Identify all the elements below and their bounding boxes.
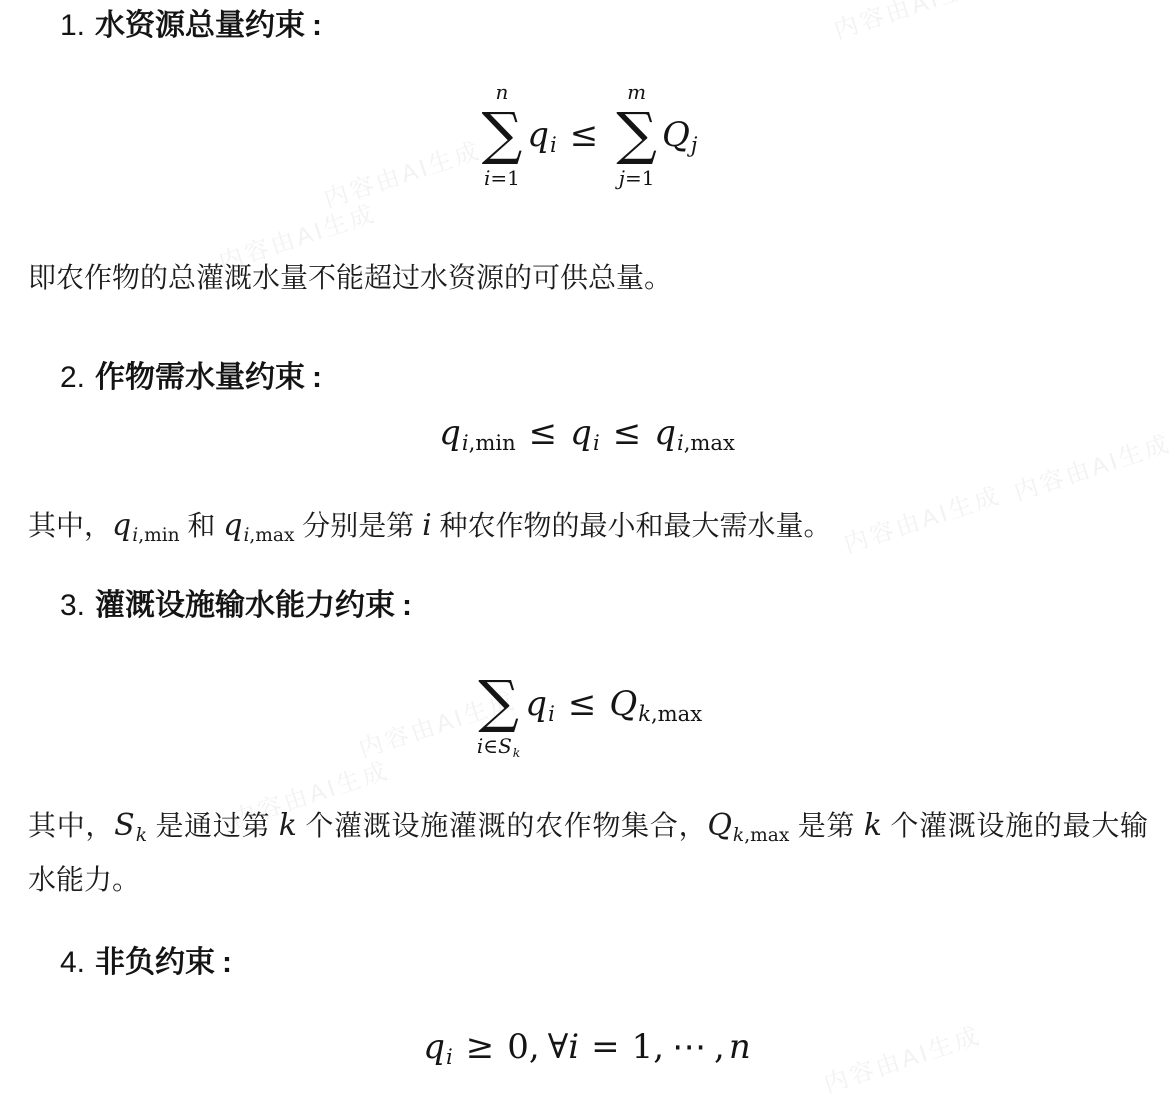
var-sub: j [691, 132, 698, 157]
text-run: 其中， [28, 810, 114, 841]
section-heading-4: 4.非负约束: [60, 945, 232, 981]
var-sub: i,max [677, 430, 735, 455]
text-run: 分别是第 [295, 510, 423, 541]
section-title: 灌溉设施输水能力约束 [95, 589, 395, 622]
sigma-symbol: ∑ [478, 675, 519, 729]
text-run: 种农作物的最小和最大需水量。 [432, 510, 832, 541]
sub-var: k [733, 825, 744, 846]
section-colon: : [402, 589, 412, 622]
var-base: q [525, 684, 547, 724]
variable-qi: qi [527, 115, 557, 156]
section-number: 3. [60, 589, 85, 622]
var-base: Q [609, 684, 637, 724]
var-base: q [439, 413, 461, 453]
var-sub: k,max [733, 825, 789, 846]
inline-math-Qk-max: Qk,max [707, 808, 789, 843]
sub-text: ,max [684, 430, 735, 455]
section-heading-2: 2.作物需水量约束: [60, 360, 322, 396]
var-sub: k [136, 825, 147, 846]
sub-text: ,max [744, 825, 789, 846]
leq-symbol: ≤ [613, 413, 642, 453]
var-sub: i,max [243, 525, 294, 546]
sum-lower-limit: i∈Sk [477, 735, 520, 759]
variable-qi: qi [570, 413, 600, 454]
var-sub: i [550, 132, 557, 157]
section-title: 非负约束 [95, 946, 215, 979]
formula-nonnegativity: qi ≥ 0, ∀ i = 1, ⋯ , n [0, 1022, 1174, 1072]
var-sub: k,max [638, 701, 702, 726]
index-eq: =1 [490, 166, 519, 190]
var-sub: i,min [132, 525, 179, 546]
sum-lower-limit: i=1 [484, 167, 520, 189]
sub-text: ,max [651, 701, 702, 726]
text-run: 是通过第 [147, 810, 279, 841]
sub-var: i [677, 430, 684, 455]
section-number: 2. [60, 361, 85, 394]
set-var: S [498, 734, 512, 758]
section-title: 作物需水量约束 [95, 361, 305, 394]
section-title: 水资源总量约束 [95, 9, 305, 42]
set-sub: k [513, 745, 521, 760]
sum-upper-limit: m [627, 81, 646, 103]
section-heading-1: 1.水资源总量约束: [60, 8, 322, 44]
sub-text: ,min [469, 430, 516, 455]
variable-Qk-max: Qk,max [609, 684, 702, 725]
sum-upper-limit: n [495, 81, 508, 103]
inline-math-qi-min: qi,min [112, 508, 180, 543]
geq-symbol: ≥ [466, 1027, 495, 1067]
var-sub: i [446, 1044, 453, 1069]
var-base: q [654, 413, 676, 453]
leq-symbol: ≤ [570, 115, 599, 155]
variable-Qj: Qj [662, 115, 697, 156]
leq-symbol: ≤ [529, 413, 558, 453]
section-heading-3: 3.灌溉设施输水能力约束: [60, 588, 412, 624]
comma: , [714, 1027, 725, 1067]
summation-operator: ∑ i∈Sk [477, 649, 520, 760]
inline-math-i: i [422, 508, 432, 543]
summation-operator: n ∑ i=1 [482, 81, 523, 189]
formula-crop-water-demand: qi,min ≤ qi ≤ qi,max [0, 406, 1174, 460]
sum-lower-limit: j=1 [619, 167, 655, 189]
var-base: Q [662, 115, 690, 155]
inline-math-Sk: Sk [114, 808, 147, 843]
section-colon: : [312, 361, 322, 394]
text-run: 其中， [28, 510, 112, 541]
section-colon: : [312, 9, 322, 42]
forall-symbol: ∀ [548, 1027, 569, 1067]
document: 内容由AI生成 内容由AI生成 内容由AI生成 内容由AI生成 内容由AI生成 … [0, 0, 1174, 1094]
var-base: q [423, 1027, 445, 1067]
text-run: 是第 [789, 810, 863, 841]
sub-text: ,min [138, 525, 179, 546]
var-base: q [570, 413, 592, 453]
zero-comma: 0, [507, 1027, 539, 1067]
variable-n: n [729, 1027, 751, 1067]
paragraph-total-water-note: 即农作物的总灌溉水量不能超过水资源的可供总量。 [28, 256, 1148, 301]
var-sub: i [548, 701, 555, 726]
var-base: q [527, 115, 549, 155]
section-number: 1. [60, 9, 85, 42]
equals-symbol: = [591, 1027, 620, 1067]
summation-operator: m ∑ j=1 [616, 81, 657, 189]
formula-total-water-constraint: n ∑ i=1 qi ≤ m ∑ j=1 Qj [0, 74, 1174, 196]
var-base: q [112, 508, 131, 543]
sub-var: k [638, 701, 651, 726]
inline-math-qi-max: qi,max [223, 508, 294, 543]
variable-i: i [568, 1027, 579, 1067]
sub-text: ,max [249, 525, 294, 546]
watermark-text: 内容由AI生成 [829, 0, 995, 45]
sub-var: i [462, 430, 469, 455]
variable-qi-max: qi,max [654, 413, 735, 454]
var-sub: i,min [462, 430, 516, 455]
sigma-symbol: ∑ [616, 107, 657, 161]
section-colon: : [222, 946, 232, 979]
element-of-symbol: ∈ [483, 734, 498, 758]
var-base: S [114, 808, 135, 843]
text-run: 个灌溉设施灌溉的农作物集合， [297, 810, 707, 841]
var-sub: i [593, 430, 600, 455]
text-run: 和 [180, 510, 224, 541]
inline-math-k: k [279, 808, 297, 843]
cdots-symbol: ⋯ [672, 1027, 706, 1067]
one-comma: 1, [632, 1027, 664, 1067]
variable-qi: qi [423, 1027, 453, 1068]
paragraph-demand-note: 其中，qi,min 和 qi,max 分别是第 i 种农作物的最小和最大需水量。 [28, 502, 1148, 550]
variable-qi: qi [525, 684, 555, 725]
sigma-symbol: ∑ [482, 107, 523, 161]
leq-symbol: ≤ [568, 684, 597, 724]
paragraph-capacity-note: 其中，Sk 是通过第 k 个灌溉设施灌溉的农作物集合，Qk,max 是第 k 个… [28, 798, 1148, 906]
formula-conveyance-capacity: ∑ i∈Sk qi ≤ Qk,max [0, 650, 1174, 758]
var-base: q [223, 508, 242, 543]
index-eq: =1 [625, 166, 654, 190]
variable-qi-min: qi,min [439, 413, 516, 454]
inline-math-k: k [864, 808, 882, 843]
section-number: 4. [60, 946, 85, 979]
var-base: Q [707, 808, 732, 843]
